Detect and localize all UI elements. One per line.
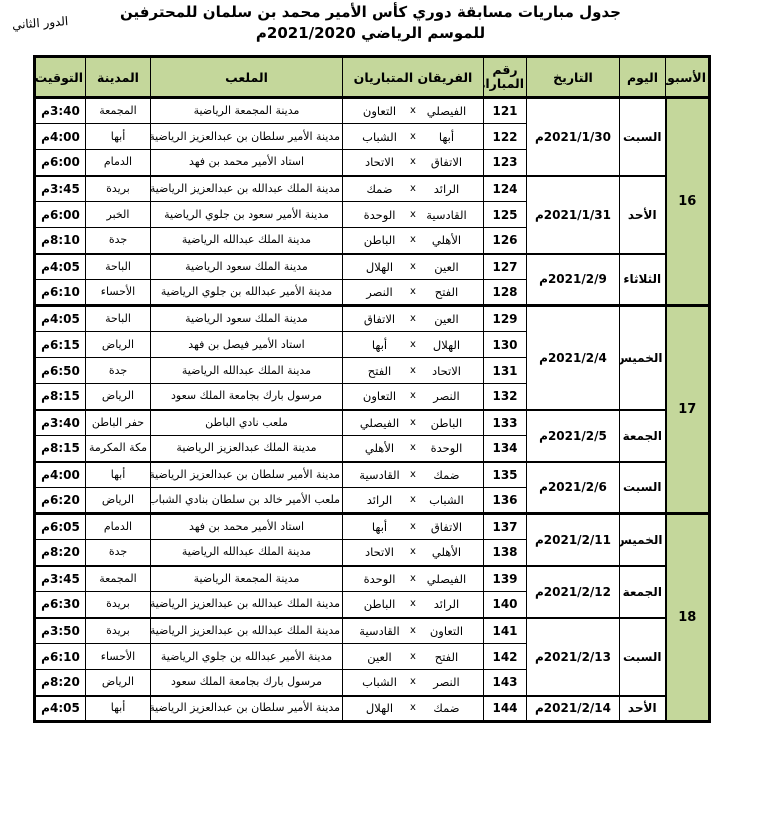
day-cell: الخميس xyxy=(620,306,666,410)
teams-cell: الأهلي x الاتحاد xyxy=(343,540,484,566)
match-number-cell: 122 xyxy=(484,124,527,150)
team-right: الاتفاق xyxy=(418,520,475,534)
team-right: الهلال xyxy=(418,338,475,352)
day-cell: الجمعة xyxy=(620,566,666,618)
match-number-cell: 130 xyxy=(484,332,527,358)
time-cell: 6:10م xyxy=(35,644,86,670)
stadium-cell: مدينة الملك عبدالله بن عبدالعزيز الرياضي… xyxy=(151,592,343,618)
team-right: الباطن xyxy=(418,416,475,430)
stadium-cell: استاد الأمير محمد بن فهد xyxy=(151,514,343,540)
time-cell: 6:10م xyxy=(35,280,86,306)
teams-cell: العين x الاتفاق xyxy=(343,306,484,332)
header-teams: الفريقان المتباريان xyxy=(343,57,484,98)
city-cell: الخبر xyxy=(86,202,151,228)
vs-symbol: x xyxy=(408,624,418,638)
stadium-cell: مدينة الأمير سلطان بن عبدالعزيز الرياضية xyxy=(151,462,343,488)
table-row: الأحد 2021/2/14م 144 ضمك x الهلال مدينة … xyxy=(35,696,710,722)
team-right: القادسية xyxy=(418,208,475,222)
time-cell: 3:40م xyxy=(35,410,86,436)
teams-cell: الاتفاق x أبها xyxy=(343,514,484,540)
stadium-cell: مدينة الأمير سلطان بن عبدالعزيز الرياضية xyxy=(151,696,343,722)
time-cell: 4:05م xyxy=(35,254,86,280)
teams-cell: الباطن x الفيصلي xyxy=(343,410,484,436)
team-left: الاتحاد xyxy=(351,155,408,169)
stadium-cell: مرسول بارك بجامعة الملك سعود xyxy=(151,384,343,410)
match-number-cell: 121 xyxy=(484,98,527,124)
city-cell: أبها xyxy=(86,696,151,722)
team-right: الفيصلي xyxy=(418,104,475,118)
time-cell: 8:15م xyxy=(35,436,86,462)
team-left: ضمك xyxy=(351,182,408,196)
team-right: الأهلي xyxy=(418,233,475,247)
team-left: الفيصلي xyxy=(351,416,408,430)
time-cell: 3:45م xyxy=(35,566,86,592)
team-right: الاتحاد xyxy=(418,364,475,378)
vs-symbol: x xyxy=(408,104,418,118)
team-left: الباطن xyxy=(351,597,408,611)
time-cell: 6:30م xyxy=(35,592,86,618)
match-number-cell: 142 xyxy=(484,644,527,670)
date-cell: 2021/2/12م xyxy=(527,566,620,618)
teams-cell: الشباب x الرائد xyxy=(343,488,484,514)
match-number-cell: 126 xyxy=(484,228,527,254)
team-left: الباطن xyxy=(351,233,408,247)
team-left: العين xyxy=(351,650,408,664)
teams-cell: الفيصلي x الوحدة xyxy=(343,566,484,592)
stadium-cell: مدينة الملك عبدالله بن عبدالعزيز الرياضي… xyxy=(151,176,343,202)
city-cell: المجمعة xyxy=(86,566,151,592)
date-cell: 2021/2/5م xyxy=(527,410,620,462)
table-row: 18 الخميس 2021/2/11م 137 الاتفاق x أبها … xyxy=(35,514,710,540)
teams-cell: الاتفاق x الاتحاد xyxy=(343,150,484,176)
teams-cell: الأهلي x الباطن xyxy=(343,228,484,254)
teams-cell: ضمك x الهلال xyxy=(343,696,484,722)
team-left: الاتفاق xyxy=(351,312,408,326)
table-row: 16 السبت 2021/1/30م 121 الفيصلي x التعاو… xyxy=(35,98,710,124)
vs-symbol: x xyxy=(408,545,418,559)
teams-cell: ضمك x القادسية xyxy=(343,462,484,488)
team-right: الفيصلي xyxy=(418,572,475,586)
city-cell: الرياض xyxy=(86,488,151,514)
vs-symbol: x xyxy=(408,312,418,326)
city-cell: الباحة xyxy=(86,306,151,332)
match-number-cell: 137 xyxy=(484,514,527,540)
team-right: التعاون xyxy=(418,624,475,638)
team-right: الشباب xyxy=(418,493,475,507)
vs-symbol: x xyxy=(408,572,418,586)
stadium-cell: مدينة الملك عبدالله الرياضية xyxy=(151,358,343,384)
city-cell: الرياض xyxy=(86,670,151,696)
day-cell: الأحد xyxy=(620,176,666,254)
header-city: المدينة xyxy=(86,57,151,98)
teams-cell: الرائد x ضمك xyxy=(343,176,484,202)
date-cell: 2021/2/4م xyxy=(527,306,620,410)
table-row: السبت 2021/2/13م 141 التعاون x القادسية … xyxy=(35,618,710,644)
teams-cell: الرائد x الباطن xyxy=(343,592,484,618)
match-number-cell: 138 xyxy=(484,540,527,566)
match-number-cell: 139 xyxy=(484,566,527,592)
stadium-cell: استاد الأمير فيصل بن فهد xyxy=(151,332,343,358)
table-row: السبت 2021/2/6م 135 ضمك x القادسية مدينة… xyxy=(35,462,710,488)
team-right: ضمك xyxy=(418,468,475,482)
time-cell: 4:05م xyxy=(35,696,86,722)
vs-symbol: x xyxy=(408,650,418,664)
teams-cell: الاتحاد x الفتح xyxy=(343,358,484,384)
city-cell: الدمام xyxy=(86,150,151,176)
vs-symbol: x xyxy=(408,364,418,378)
vs-symbol: x xyxy=(408,260,418,274)
match-number-cell: 131 xyxy=(484,358,527,384)
team-right: العين xyxy=(418,312,475,326)
vs-symbol: x xyxy=(408,675,418,689)
city-cell: بريدة xyxy=(86,592,151,618)
table-row: الأحد 2021/1/31م 124 الرائد x ضمك مدينة … xyxy=(35,176,710,202)
city-cell: جدة xyxy=(86,358,151,384)
team-right: الفتح xyxy=(418,285,475,299)
match-number-cell: 128 xyxy=(484,280,527,306)
city-cell: حفر الباطن xyxy=(86,410,151,436)
teams-cell: القادسية x الوحدة xyxy=(343,202,484,228)
time-cell: 8:15م xyxy=(35,384,86,410)
team-left: أبها xyxy=(351,338,408,352)
time-cell: 6:00م xyxy=(35,150,86,176)
team-right: النصر xyxy=(418,389,475,403)
teams-cell: الوحدة x الأهلي xyxy=(343,436,484,462)
team-left: القادسية xyxy=(351,624,408,638)
team-right: الفتح xyxy=(418,650,475,664)
team-right: العين xyxy=(418,260,475,274)
teams-cell: التعاون x القادسية xyxy=(343,618,484,644)
city-cell: الرياض xyxy=(86,332,151,358)
vs-symbol: x xyxy=(408,155,418,169)
match-number-cell: 134 xyxy=(484,436,527,462)
time-cell: 6:05م xyxy=(35,514,86,540)
city-cell: الأحساء xyxy=(86,644,151,670)
stadium-cell: استاد الأمير محمد بن فهد xyxy=(151,150,343,176)
stadium-cell: ملعب الأمير خالد بن سلطان بنادي الشباب xyxy=(151,488,343,514)
day-cell: السبت xyxy=(620,462,666,514)
match-number-cell: 136 xyxy=(484,488,527,514)
time-cell: 3:40م xyxy=(35,98,86,124)
week-cell: 17 xyxy=(666,306,710,514)
stadium-cell: ملعب نادي الباطن xyxy=(151,410,343,436)
match-number-cell: 127 xyxy=(484,254,527,280)
date-cell: 2021/2/14م xyxy=(527,696,620,722)
stadium-cell: مدينة الملك سعود الرياضية xyxy=(151,254,343,280)
team-left: الهلال xyxy=(351,701,408,715)
city-cell: بريدة xyxy=(86,618,151,644)
header-match-number: رقم المباراة xyxy=(484,57,527,98)
team-left: أبها xyxy=(351,520,408,534)
team-right: الرائد xyxy=(418,597,475,611)
table-row: الثلاثاء 2021/2/9م 127 العين x الهلال مد… xyxy=(35,254,710,280)
stadium-cell: مدينة الملك عبدالله الرياضية xyxy=(151,540,343,566)
vs-symbol: x xyxy=(408,493,418,507)
vs-symbol: x xyxy=(408,233,418,247)
team-right: الوحدة xyxy=(418,441,475,455)
day-cell: الأحد xyxy=(620,696,666,722)
header-stadium: الملعب xyxy=(151,57,343,98)
team-left: القادسية xyxy=(351,468,408,482)
match-number-cell: 125 xyxy=(484,202,527,228)
team-right: النصر xyxy=(418,675,475,689)
page-title: جدول مباريات مسابقة دوري كأس الأمير محمد… xyxy=(33,2,708,44)
teams-cell: الفتح x النصر xyxy=(343,280,484,306)
time-cell: 4:00م xyxy=(35,124,86,150)
team-left: الوحدة xyxy=(351,572,408,586)
time-cell: 4:00م xyxy=(35,462,86,488)
team-left: النصر xyxy=(351,285,408,299)
date-cell: 2021/1/30م xyxy=(527,98,620,176)
match-number-cell: 144 xyxy=(484,696,527,722)
vs-symbol: x xyxy=(408,338,418,352)
city-cell: أبها xyxy=(86,124,151,150)
day-cell: السبت xyxy=(620,98,666,176)
header-day: اليوم xyxy=(620,57,666,98)
day-cell: الخميس xyxy=(620,514,666,566)
vs-symbol: x xyxy=(408,468,418,482)
day-cell: الجمعة xyxy=(620,410,666,462)
week-cell: 16 xyxy=(666,98,710,306)
match-number-cell: 123 xyxy=(484,150,527,176)
page-title-line2: للموسم الرياضي 2021/2020م xyxy=(33,23,708,44)
team-right: الرائد xyxy=(418,182,475,196)
stadium-cell: مدينة الملك عبدالعزيز الرياضية xyxy=(151,436,343,462)
team-left: الشباب xyxy=(351,130,408,144)
city-cell: الأحساء xyxy=(86,280,151,306)
stadium-cell: مدينة المجمعة الرياضية xyxy=(151,566,343,592)
stadium-cell: مدينة المجمعة الرياضية xyxy=(151,98,343,124)
team-left: الوحدة xyxy=(351,208,408,222)
match-number-cell: 124 xyxy=(484,176,527,202)
table-row: الجمعة 2021/2/5م 133 الباطن x الفيصلي مل… xyxy=(35,410,710,436)
team-left: الفتح xyxy=(351,364,408,378)
team-left: التعاون xyxy=(351,389,408,403)
team-left: الهلال xyxy=(351,260,408,274)
date-cell: 2021/1/31م xyxy=(527,176,620,254)
day-cell: الثلاثاء xyxy=(620,254,666,306)
team-right: الأهلي xyxy=(418,545,475,559)
city-cell: جدة xyxy=(86,540,151,566)
week-cell: 18 xyxy=(666,514,710,722)
time-cell: 6:15م xyxy=(35,332,86,358)
teams-cell: الهلال x أبها xyxy=(343,332,484,358)
time-cell: 4:05م xyxy=(35,306,86,332)
vs-symbol: x xyxy=(408,597,418,611)
vs-symbol: x xyxy=(408,208,418,222)
team-right: أبها xyxy=(418,130,475,144)
city-cell: المجمعة xyxy=(86,98,151,124)
match-number-cell: 129 xyxy=(484,306,527,332)
teams-cell: العين x الهلال xyxy=(343,254,484,280)
team-left: الشباب xyxy=(351,675,408,689)
city-cell: بريدة xyxy=(86,176,151,202)
city-cell: الرياض xyxy=(86,384,151,410)
time-cell: 8:20م xyxy=(35,540,86,566)
match-number-cell: 135 xyxy=(484,462,527,488)
stadium-cell: مدينة الملك عبدالله بن عبدالعزيز الرياضي… xyxy=(151,618,343,644)
stadium-cell: مرسول بارك بجامعة الملك سعود xyxy=(151,670,343,696)
stadium-cell: مدينة الملك سعود الرياضية xyxy=(151,306,343,332)
match-number-cell: 141 xyxy=(484,618,527,644)
vs-symbol: x xyxy=(408,441,418,455)
teams-cell: أبها x الشباب xyxy=(343,124,484,150)
table-row: الجمعة 2021/2/12م 139 الفيصلي x الوحدة م… xyxy=(35,566,710,592)
teams-cell: الفتح x العين xyxy=(343,644,484,670)
vs-symbol: x xyxy=(408,701,418,715)
stadium-cell: مدينة الأمير سلطان بن عبدالعزيز الرياضية xyxy=(151,124,343,150)
date-cell: 2021/2/9م xyxy=(527,254,620,306)
table-row: 17 الخميس 2021/2/4م 129 العين x الاتفاق … xyxy=(35,306,710,332)
header-time: التوقيت xyxy=(35,57,86,98)
city-cell: جدة xyxy=(86,228,151,254)
time-cell: 8:20م xyxy=(35,670,86,696)
teams-cell: النصر x الشباب xyxy=(343,670,484,696)
stadium-cell: مدينة الأمير سعود بن جلوي الرياضية xyxy=(151,202,343,228)
teams-cell: النصر x التعاون xyxy=(343,384,484,410)
match-number-cell: 132 xyxy=(484,384,527,410)
time-cell: 3:50م xyxy=(35,618,86,644)
time-cell: 3:45م xyxy=(35,176,86,202)
city-cell: الباحة xyxy=(86,254,151,280)
header-week: الأسبوع xyxy=(666,57,710,98)
team-right: ضمك xyxy=(418,701,475,715)
schedule-table: الأسبوع اليوم التاريخ رقم المباراة الفري… xyxy=(33,55,711,723)
time-cell: 6:50م xyxy=(35,358,86,384)
page-title-line1: جدول مباريات مسابقة دوري كأس الأمير محمد… xyxy=(33,2,708,23)
city-cell: أبها xyxy=(86,462,151,488)
time-cell: 6:00م xyxy=(35,202,86,228)
team-left: الرائد xyxy=(351,493,408,507)
team-right: الاتفاق xyxy=(418,155,475,169)
vs-symbol: x xyxy=(408,389,418,403)
vs-symbol: x xyxy=(408,416,418,430)
time-cell: 8:10م xyxy=(35,228,86,254)
match-number-cell: 140 xyxy=(484,592,527,618)
stadium-cell: مدينة الأمير عبدالله بن جلوي الرياضية xyxy=(151,280,343,306)
match-number-cell: 143 xyxy=(484,670,527,696)
city-cell: الدمام xyxy=(86,514,151,540)
date-cell: 2021/2/6م xyxy=(527,462,620,514)
team-left: التعاون xyxy=(351,104,408,118)
vs-symbol: x xyxy=(408,182,418,196)
teams-cell: الفيصلي x التعاون xyxy=(343,98,484,124)
date-cell: 2021/2/13م xyxy=(527,618,620,696)
team-left: الأهلي xyxy=(351,441,408,455)
city-cell: مكة المكرمة xyxy=(86,436,151,462)
date-cell: 2021/2/11م xyxy=(527,514,620,566)
vs-symbol: x xyxy=(408,130,418,144)
header-date: التاريخ xyxy=(527,57,620,98)
time-cell: 6:20م xyxy=(35,488,86,514)
day-cell: السبت xyxy=(620,618,666,696)
table-header-row: الأسبوع اليوم التاريخ رقم المباراة الفري… xyxy=(35,57,710,98)
stadium-cell: مدينة الملك عبدالله الرياضية xyxy=(151,228,343,254)
vs-symbol: x xyxy=(408,520,418,534)
team-left: الاتحاد xyxy=(351,545,408,559)
match-number-cell: 133 xyxy=(484,410,527,436)
stadium-cell: مدينة الأمير عبدالله بن جلوي الرياضية xyxy=(151,644,343,670)
vs-symbol: x xyxy=(408,285,418,299)
